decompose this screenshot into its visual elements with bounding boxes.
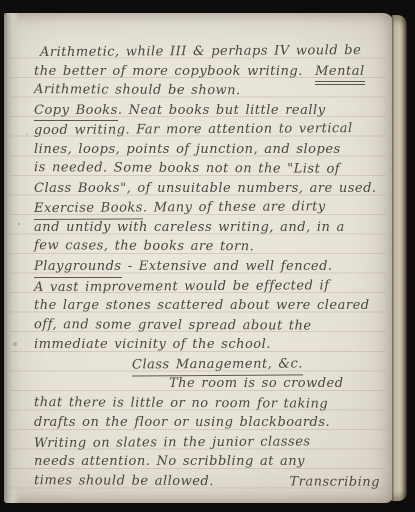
manuscript-text-segment: needs attention. No scribbling at any	[34, 452, 305, 472]
manuscript-line: the large stones scattered about were cl…	[34, 296, 380, 316]
manuscript-text-segment: drafts on the floor or using blackboards…	[34, 413, 330, 433]
manuscript-text-segment: off, and some gravel spread about the	[34, 315, 312, 336]
manuscript-text-segment: . Neat books but little really	[118, 101, 326, 121]
manuscript-text-segment: A vast improvement would be effected if	[34, 276, 330, 297]
manuscript-text-segment: times should be allowed.	[34, 471, 214, 491]
manuscript-line: that there is little or no room for taki…	[34, 393, 380, 414]
manuscript-text-segment: immediate vicinity of the school.	[34, 335, 271, 355]
manuscript-line: off, and some gravel spread about the	[34, 315, 380, 336]
manuscript-line: Exercise Books. Many of these are dirty	[34, 197, 380, 219]
manuscript-line: good writing. Far more attention to vert…	[34, 119, 380, 141]
manuscript-line: Arithmetic should be shown.	[34, 80, 380, 101]
manuscript-text-segment: Arithmetic should be shown.	[34, 80, 241, 101]
manuscript-line: is needed. Some books not on the "List o…	[34, 158, 380, 179]
manuscript-text-segment: few cases, the books are torn.	[34, 237, 254, 258]
notebook-page: Arithmetic, while III & perhaps IV would…	[4, 13, 394, 503]
manuscript-text-segment: the better of more copybook writing.	[34, 62, 315, 82]
manuscript-line: Arithmetic, while III & perhaps IV would…	[34, 41, 380, 63]
manuscript-text-segment: - Extensive and well fenced.	[122, 257, 333, 277]
page-gutter-edge	[4, 13, 20, 503]
manuscript-heading: Class Management, &c.	[132, 354, 303, 376]
manuscript-heading: Exercise Books	[34, 199, 143, 220]
manuscript-text-segment: and untidy with careless writing, and, i…	[34, 218, 345, 238]
manuscript-text-segment: the large stones scattered about were cl…	[34, 296, 370, 316]
manuscript-text-segment: is needed. Some books not on the "List o…	[34, 158, 340, 179]
manuscript-text-segment: Writing on slates in the junior classes	[34, 432, 311, 453]
manuscript-line: drafts on the floor or using blackboards…	[34, 413, 380, 433]
manuscript-line: lines, loops, points of junction, and sl…	[34, 140, 380, 160]
manuscript-line: Class Management, &c.	[34, 354, 380, 376]
manuscript-line: times should be allowed.Transcribing	[34, 471, 380, 492]
manuscript-heading: Copy Books	[34, 101, 118, 122]
manuscript-text-segment: good writing. Far more attention to vert…	[34, 119, 353, 140]
manuscript-heading: Playgrounds	[34, 257, 122, 278]
catchword: Transcribing	[289, 472, 380, 492]
manuscript-line: Class Books", of unsuitable numbers, are…	[34, 179, 380, 199]
manuscript-line: Playgrounds - Extensive and well fenced.	[34, 257, 380, 277]
manuscript-line: needs attention. No scribbling at any	[34, 452, 380, 472]
manuscript-text-segment: that there is little or no room for taki…	[34, 393, 328, 414]
manuscript-text-segment: The room is so crowded	[169, 374, 344, 394]
manuscript-line: Writing on slates in the junior classes	[34, 432, 380, 454]
manuscript-text: Arithmetic, while III & perhaps IV would…	[34, 42, 380, 492]
manuscript-line: A vast improvement would be effected if	[34, 276, 380, 298]
manuscript-line: Copy Books. Neat books but little really	[34, 101, 380, 121]
paper-specks	[4, 13, 6, 15]
manuscript-text-segment: Arithmetic, while III & perhaps IV would…	[40, 41, 361, 63]
manuscript-line: immediate vicinity of the school.	[34, 335, 380, 355]
manuscript-text-segment: Class Books", of unsuitable numbers, are…	[34, 179, 377, 199]
manuscript-line: few cases, the books are torn.	[34, 237, 380, 258]
manuscript-line: The room is so crowded	[34, 374, 380, 394]
manuscript-line: and untidy with careless writing, and, i…	[34, 218, 380, 238]
manuscript-text-segment: lines, loops, points of junction, and sl…	[34, 140, 341, 160]
photo-frame: Arithmetic, while III & perhaps IV would…	[0, 0, 415, 512]
manuscript-line: the better of more copybook writing. Men…	[34, 62, 380, 82]
book-fore-edge	[392, 15, 407, 501]
manuscript-text-segment: . Many of these are dirty	[143, 198, 326, 219]
